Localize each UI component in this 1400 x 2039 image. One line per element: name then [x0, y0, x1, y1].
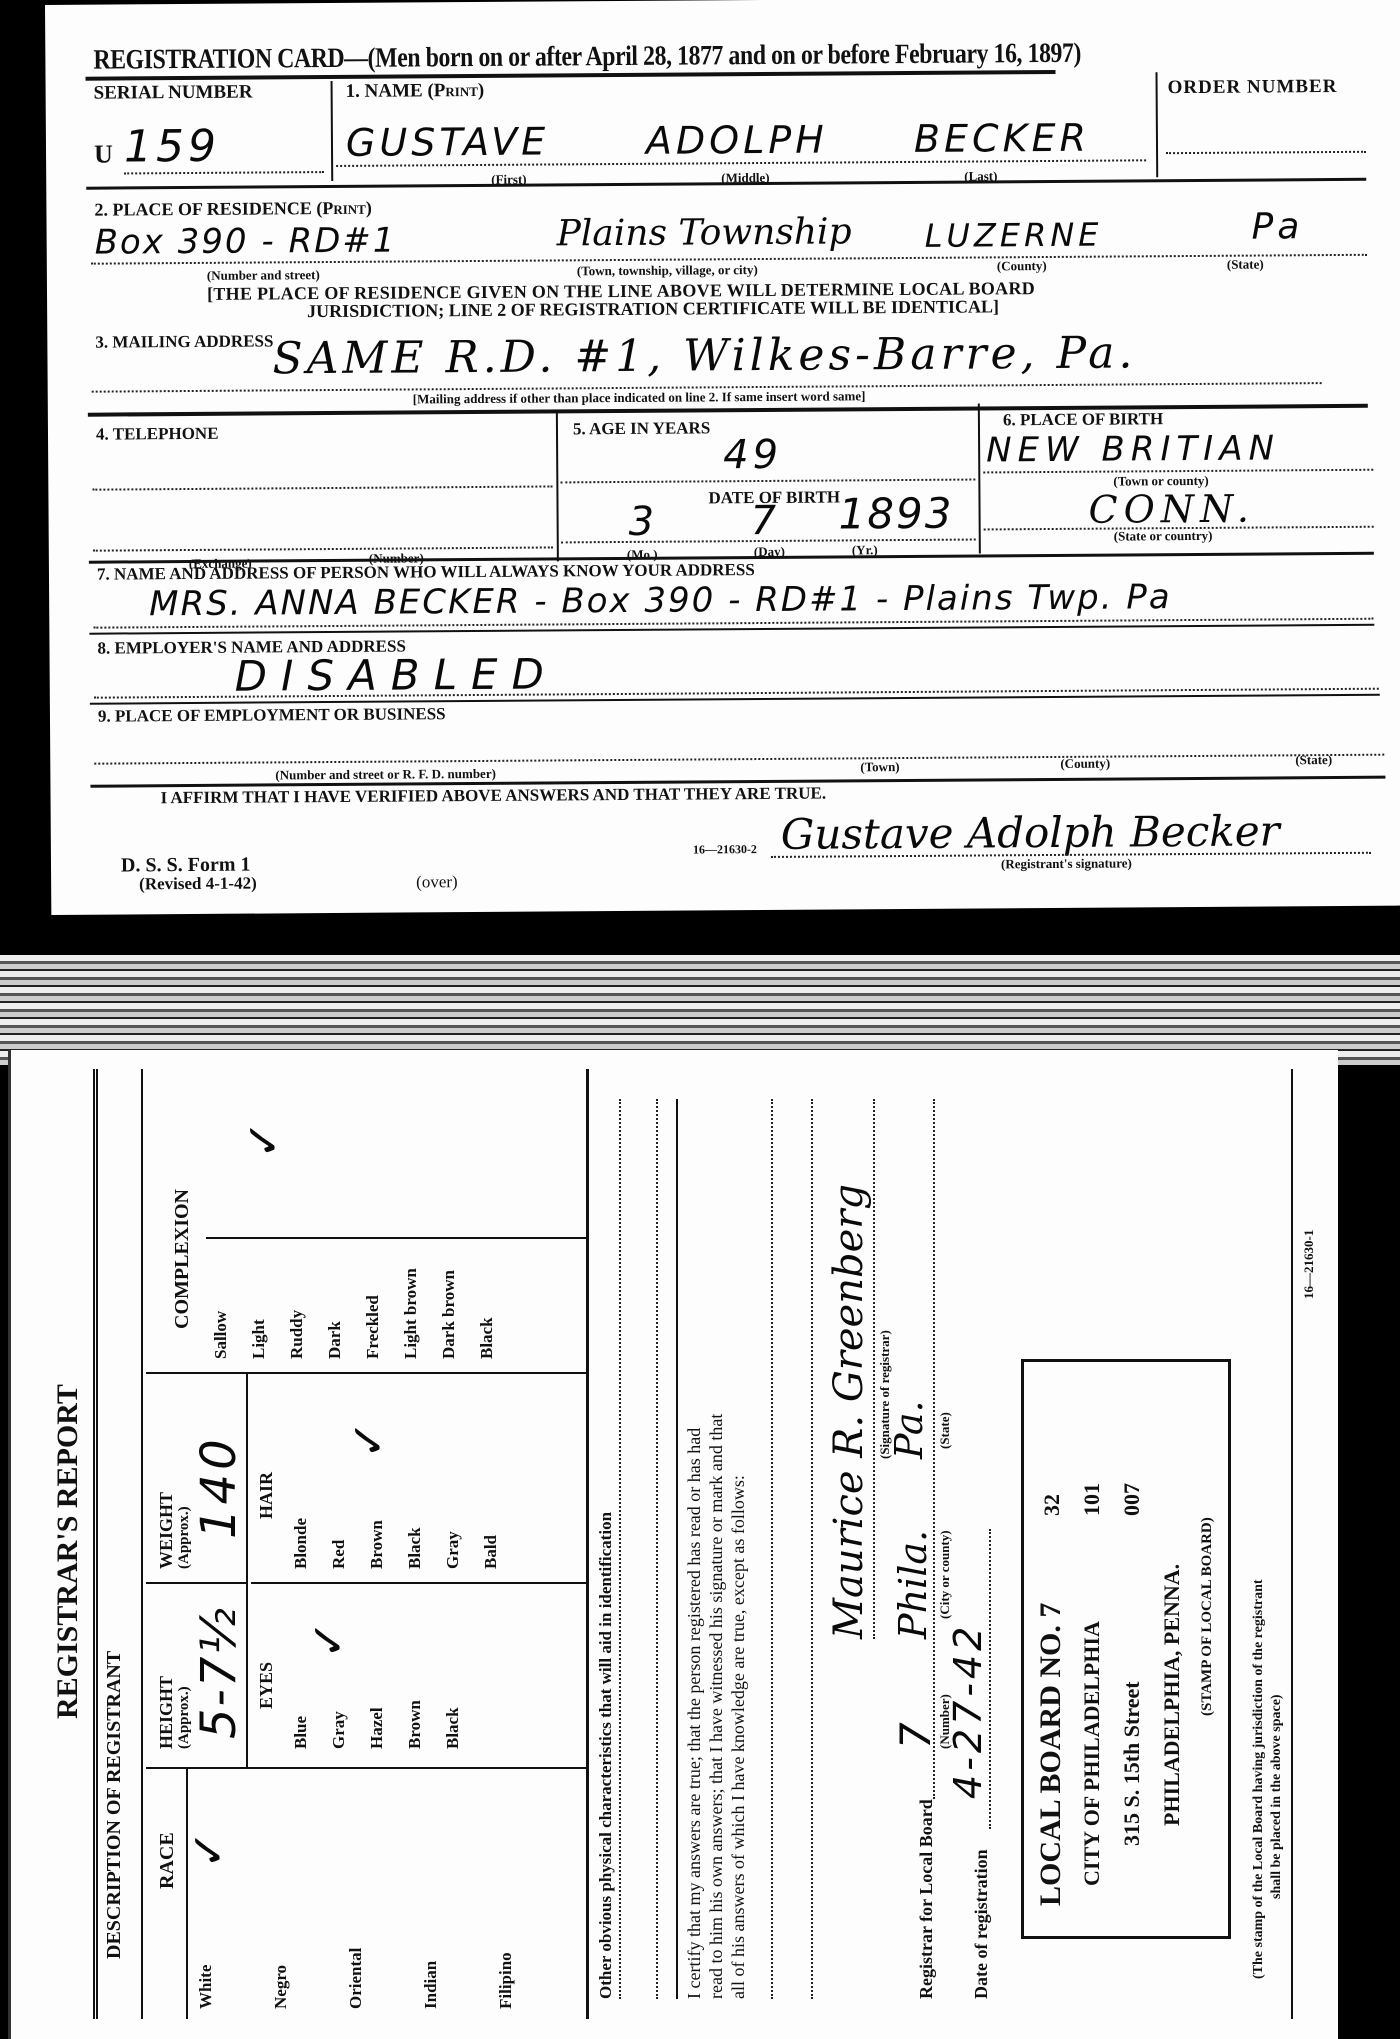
eyes-option-hazel: Hazel: [367, 1707, 387, 1749]
employment-town-label: (Town): [860, 759, 899, 775]
date-of-registration-label: Date of registration: [971, 1849, 992, 1999]
city-label: (City or county): [937, 1530, 953, 1619]
race-option-white: White: [196, 1965, 216, 2009]
order-number-label: ORDER NUMBER: [1168, 76, 1338, 99]
residence-notice-2: JURISDICTION; LINE 2 OF REGISTRATION CER…: [307, 296, 999, 322]
certify-line-2: read to him his own answers; that I have…: [705, 1414, 727, 1999]
age-value[interactable]: 49: [723, 432, 782, 478]
card-stack-edge: [0, 955, 1400, 1065]
registrars-report-title: REGISTRAR'S REPORT: [51, 1384, 85, 1719]
residence-county[interactable]: LUZERNE: [925, 216, 1103, 255]
race-header: RACE: [156, 1832, 179, 1889]
stamp-note-2: shall be placed in the above space): [1269, 1694, 1285, 1899]
residence-state[interactable]: Pa: [1251, 206, 1303, 247]
employment-place-field[interactable]: [94, 754, 1384, 765]
eyes-header: EYES: [256, 1662, 277, 1709]
eyes-option-brown: Brown: [405, 1700, 425, 1749]
height-header: HEIGHT: [156, 1676, 177, 1749]
hair-option-red: Red: [329, 1540, 349, 1569]
rfd-label: (Number and street or R. F. D. number): [275, 766, 496, 784]
description-subtitle: DESCRIPTION OF REGISTRANT: [103, 1651, 126, 1959]
divider: [331, 81, 334, 181]
registrar-signature-underline: [873, 1099, 875, 1639]
other-characteristics-field-2[interactable]: [656, 1099, 658, 1999]
street-label: (Number and street): [207, 267, 320, 284]
mailing-note: [Mailing address if other than place ind…: [413, 388, 866, 407]
local-board-stamp: LOCAL BOARD NO. 7 CITY OF PHILADELPHIA 3…: [1021, 1359, 1231, 1939]
exceptions-field-2[interactable]: [811, 1099, 813, 1999]
other-characteristics-field[interactable]: [619, 1099, 621, 1999]
employment-county-label: (County): [1060, 756, 1110, 772]
registrar-for-board-label: Registrar for Local Board: [916, 1799, 937, 1999]
registration-card-back: REGISTRAR'S REPORT DESCRIPTION OF REGIST…: [8, 1050, 1338, 2039]
divider: [251, 1582, 586, 1584]
mailing-label: 3. MAILING ADDRESS: [95, 331, 273, 352]
contact-value[interactable]: MRS. ANNA BECKER - Box 390 - RD#1 - Plai…: [149, 577, 1172, 624]
stamp-line-4: PHILADELPHIA, PENNA.: [1159, 1564, 1185, 1826]
state-or-country-label: (State or country): [1114, 528, 1213, 545]
hair-header: HAIR: [256, 1472, 277, 1519]
employment-place-label: 9. PLACE OF EMPLOYMENT OR BUSINESS: [98, 704, 446, 726]
hair-checkbox-brown[interactable]: ✓: [341, 1420, 395, 1459]
divider: [1155, 72, 1158, 177]
divider: [586, 1069, 589, 2019]
stamp-note-1: (The stamp of the Local Board having jur…: [1251, 1579, 1267, 1979]
divider: [146, 1582, 246, 1584]
telephone-label: 4. TELEPHONE: [96, 424, 219, 445]
serial-number-label: SERIAL NUMBER: [94, 82, 253, 105]
complexion-option-light: Light: [249, 1319, 269, 1359]
telephone-exchange-field[interactable]: [92, 485, 552, 490]
complexion-header: COMPLEXION: [171, 1189, 194, 1329]
revised-date: (Revised 4-1-42): [139, 874, 257, 895]
dob-month[interactable]: 3: [628, 499, 658, 545]
divider: [1291, 1069, 1293, 2019]
complexion-option-light-brown: Light brown: [401, 1268, 421, 1359]
stamp-code-2: 101: [1079, 1483, 1105, 1516]
race-option-oriental: Oriental: [346, 1948, 366, 2009]
hair-option-black: Black: [405, 1527, 425, 1569]
divider: [93, 1069, 98, 2019]
certify-line-1: I certify that my answers are true; that…: [683, 1414, 705, 1999]
race-option-indian: Indian: [421, 1961, 441, 2009]
registration-card-front: REGISTRATION CARD—(Men born on or after …: [45, 0, 1400, 915]
birthplace-label: 6. PLACE OF BIRTH: [1003, 409, 1163, 430]
stamp-line-1: LOCAL BOARD NO. 7: [1034, 1603, 1068, 1906]
state-label: (State): [937, 1412, 953, 1449]
hair-option-blonde: Blonde: [291, 1518, 311, 1569]
dob-year[interactable]: 1893: [838, 489, 953, 539]
eyes-option-gray: Gray: [329, 1711, 349, 1749]
divider: [146, 1767, 586, 1769]
stamp-caption: (STAMP OF LOCAL BOARD): [1199, 1517, 1216, 1716]
registrant-signature[interactable]: Gustave Adolph Becker: [781, 806, 1280, 858]
date-underline: [989, 1529, 991, 1829]
hair-option-brown: Brown: [367, 1520, 387, 1569]
divider: [206, 1237, 586, 1239]
dob-day[interactable]: 7: [750, 498, 780, 544]
weight-header: WEIGHT: [156, 1492, 177, 1569]
divider: [186, 1769, 188, 2019]
exceptions-field[interactable]: [771, 1099, 773, 1999]
name-label: 1. NAME (Print): [346, 80, 485, 103]
order-number-field[interactable]: [1166, 151, 1366, 154]
eyes-checkbox-gray[interactable]: ✓: [301, 1620, 355, 1659]
residence-street[interactable]: Box 390 - RD#1: [95, 221, 397, 263]
complexion-option-ruddy: Ruddy: [287, 1310, 307, 1359]
board-underline: [933, 1099, 935, 1799]
name-last[interactable]: BECKER: [914, 116, 1090, 161]
affirmation-text: I AFFIRM THAT I HAVE VERIFIED ABOVE ANSW…: [160, 784, 826, 809]
complexion-option-freckled: Freckled: [363, 1295, 383, 1359]
hair-option-bald: Bald: [481, 1535, 501, 1569]
residence-label: 2. PLACE OF RESIDENCE (Print): [94, 198, 371, 221]
divider: [556, 411, 559, 561]
race-checkbox-white[interactable]: ✓: [181, 1830, 235, 1869]
divider: [141, 1069, 143, 2019]
board-state-value[interactable]: Pa.: [887, 1400, 931, 1459]
complexion-option-sallow: Sallow: [211, 1311, 231, 1359]
divider: [978, 403, 981, 553]
race-option-negro: Negro: [271, 1965, 291, 2009]
back-print-code: 16—21630-1: [1301, 1230, 1317, 1299]
eyes-option-black: Black: [443, 1707, 463, 1749]
height-value[interactable]: 5-7½: [191, 1606, 247, 1739]
divider: [88, 404, 1368, 417]
stamp-code-3: 007: [1119, 1483, 1145, 1516]
date-of-registration-value[interactable]: 4-27-42: [946, 1623, 990, 1799]
residence-town[interactable]: Plains Township: [556, 211, 851, 254]
race-option-filipino: Filipino: [496, 1952, 516, 2009]
employment-state-label: (State): [1295, 752, 1332, 768]
print-code: 16—21630-2: [693, 842, 757, 857]
registrar-signature[interactable]: Maurice R. Greenberg: [826, 1184, 872, 1639]
complexion-option-black: Black: [477, 1317, 497, 1359]
birthplace-town[interactable]: NEW BRITIAN: [986, 428, 1280, 470]
state-label: (State): [1227, 256, 1264, 272]
age-underline: [560, 479, 975, 484]
town-label: (Town, township, village, or city): [577, 262, 758, 279]
complexion-option-dark: Dark: [325, 1321, 345, 1359]
birthplace-state[interactable]: CONN.: [1088, 487, 1255, 532]
hair-option-gray: Gray: [443, 1531, 463, 1569]
stamp-line-2: CITY OF PHILADELPHIA: [1079, 1621, 1105, 1886]
divider: [676, 1099, 678, 1999]
complexion-checkbox-light[interactable]: ✓: [236, 1120, 290, 1159]
name-first[interactable]: GUSTAVE: [346, 119, 550, 164]
signature-label: (Registrant's signature): [1001, 855, 1132, 872]
complexion-option-dark-brown: Dark brown: [439, 1270, 459, 1359]
name-middle[interactable]: ADOLPH: [646, 118, 828, 163]
divider: [246, 1374, 248, 1769]
mailing-value[interactable]: SAME R.D. #1, Wilkes-Barre, Pa.: [272, 327, 1136, 384]
divider: [146, 1372, 586, 1374]
county-label: (County): [997, 258, 1047, 274]
eyes-option-blue: Blue: [291, 1716, 311, 1749]
weight-value[interactable]: 140: [191, 1435, 247, 1539]
telephone-number-field[interactable]: [93, 546, 553, 551]
stamp-line-3: 315 S. 15th Street: [1119, 1681, 1145, 1846]
serial-prefix: U: [94, 140, 113, 170]
age-label: 5. AGE IN YEARS: [573, 418, 710, 439]
board-city-value[interactable]: Phila.: [891, 1530, 935, 1639]
certification-text: I certify that my answers are true; that…: [683, 1414, 749, 1999]
other-characteristics-label: Other obvious physical characteristics t…: [596, 1512, 616, 1999]
serial-number-value[interactable]: 159: [124, 121, 324, 174]
certify-line-3: all of his answers of which I have knowl…: [727, 1414, 749, 1999]
stamp-code-1: 32: [1039, 1494, 1065, 1516]
over-label: (over): [416, 872, 458, 892]
